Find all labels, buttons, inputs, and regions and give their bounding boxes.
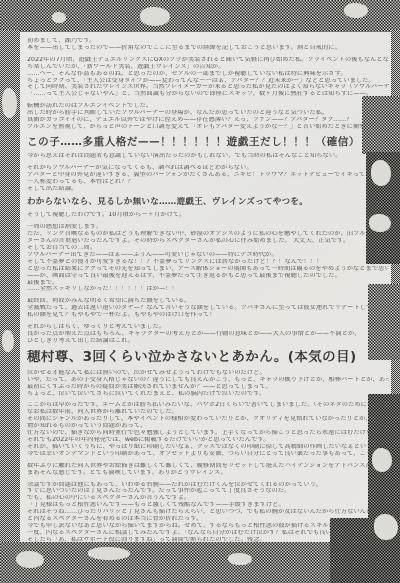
text-line: そして出た結論。 xyxy=(27,186,389,193)
text-line: 最初にくすぶった時からの疑問が実は解決されていませんが？——と思ってしまって。 xyxy=(27,384,389,391)
text-line: でも、私の心の中にいるスペクターさんが言うんですよ。 xyxy=(27,495,389,502)
paragraph-thinking: それからしばらく、ゆっくりと考えていました。良かった点が増えた点はもちろん、キャ… xyxy=(27,324,389,345)
text-line: なお私は数年前、同人世界から離れていたのでした。 xyxy=(27,409,389,416)
text-line: この子……多重人格だ——！！！！！！遊戯王だし！！！（確信） xyxy=(27,136,389,148)
text-line: わからないなら、見るしか無いな……遊戯王、ヴレインズってやつを。 xyxy=(27,197,389,207)
text-line: それはそうね……ぴったりパリッと了見さんも描けたらえらい、と思いつつ、でも私の腕… xyxy=(27,509,389,516)
headline-homura-takeru: 穂村尊、3回くらい泣かさないとあかん。(本気の目) xyxy=(27,350,389,365)
scan-artifact-blob xyxy=(371,160,391,186)
text-line: 「……って主人公じゃないやん」と、当然面識も分からないので即座にスキップ。数ヶ月… xyxy=(27,91,389,98)
text-line: 一周の感想は割愛します。 xyxy=(27,224,389,231)
text-line: そして同時期、実装されたヴレインズ世界。当然プレイメーカーが来ると思った私が見た… xyxy=(27,84,389,91)
text-line: 今では幸いオンデマンドという印刷があって、オフセットよりも安価、つらい自分にとっ… xyxy=(27,451,389,458)
text-line: 泣かせる才能なんて私には無いので、泣かせてみせようってわけでもないのだけど。 xyxy=(27,370,389,377)
text-line: アバターと中身の外見が違いすぎる、翼型のパーフォンがたくさんある、ニキビ！トラウ… xyxy=(27,172,389,179)
text-line: そして不霊夢との漫才が可愛すぎるな！！？不霊夢ってリンクスには居なかったけど！？… xyxy=(27,259,389,266)
scan-artifact-blob xyxy=(2,330,14,352)
scan-artifact-blob xyxy=(372,448,392,472)
paragraph-thanks: 数年ぶりに触れた同人世界やお絵描きは難しくて難しくて、履修期間をリセットして堪え… xyxy=(27,463,389,477)
text-line: その間にジャンルがあったりして、本やイベントの様相が変わっていたりとか、クオリテ… xyxy=(27,416,389,423)
text-line: ちょっと、泣いて泣いてさらに泣いてくれたまえと、私の脳内だけで泣いたのです。 xyxy=(27,391,389,398)
text-line: それでも2022年の年内発売では、webに掲載するだけでいいかと思っていたんです… xyxy=(27,437,389,444)
scan-artifact-blob xyxy=(228,553,252,565)
scan-artifact-blob xyxy=(344,3,368,18)
text-line: 真顔がカッコイイのに、デュエル以外ではやけに控えめ——存在感薄い？えっ、ファン—… xyxy=(27,117,389,124)
scan-artifact-blob xyxy=(88,547,130,560)
text-line: 数年ぶりに触れた同人世界やお絵描きは難しくて難しくて、履修期間をリセットして堪え… xyxy=(27,463,389,470)
text-line: 一人称変わってるも、本性はどれ？？ xyxy=(27,179,389,186)
scan-artifact-blob xyxy=(16,551,44,568)
text-line: まあそんな感じです。とても満喫しています。ありがとうヴレインズ。 xyxy=(27,470,389,477)
text-line: と思った私は結果にググってその先を知ってしまい、アース解体ショーの展開もあって一… xyxy=(27,266,389,273)
intro-paragraph: 初めまして、湖乃です。本を——出してしまったので——折角なのでここに至るまでの経… xyxy=(27,38,389,52)
text-line: それからしばらく、ゆっくりと考えていました。 xyxy=(27,324,389,331)
text-line: すぐに思いついたのは了見さんだったんです。だって事件が起こってて丁度良さそうなの… xyxy=(27,488,389,495)
text-line: 余談ですが問題は他にもあって、いわゆる右腕——だれがはむたけくんを泣かせてくれる… xyxy=(27,482,389,489)
text-line: 全滅戦だって、過去は遠い遠いのダナ—？なんて言いそうな顔をしている。ツバキさんに… xyxy=(27,305,389,312)
text-line: 転機が訪れたのはブルエンイベントでした。 xyxy=(27,103,389,110)
text-line: 「了見様はもっと根性悪いんです——もっと激しくて残酷なんです——手緩すぎますけど… xyxy=(27,502,389,509)
paragraph-aside: 今から思えばそれは問題者も意識していない演出だったのかもしれない、でも当時の私は… xyxy=(27,153,389,160)
text-line: 最終回、何故かみんな明るく希望に満ちた顔をしている。 xyxy=(27,298,389,305)
paragraph-making: ここからは早かったです。ネームとかは勝ち払いみたいな、パワポ2日くらいで書いてし… xyxy=(27,402,389,457)
paragraph-first-watch: 一周の感想は割愛します。ただ、リンク召喚なるものが私はどうも理解できない中、砂漠… xyxy=(27,224,389,293)
text-line: 仕方ないので、描きながら同時並行で色々勉強しようとしています。上手くなってから描… xyxy=(27,430,389,437)
scan-artifact-blob xyxy=(374,514,398,540)
text-line: 私の顔を見て？もやもやで一杯だよ。もやもやのはけ口を作って！ xyxy=(27,312,389,319)
scan-artifact-blob xyxy=(52,12,66,23)
scanned-afterword-page: { "colors":{ "paper":"#e9e7e2", "ink":"#… xyxy=(0,0,400,583)
text-line: そうして視聴したわけです。10月頃から〜ヶ月かけて。 xyxy=(27,212,389,219)
text-line: 最後まで。 xyxy=(27,280,389,287)
text-line: 情が知れるものかっていう問題があって、 xyxy=(27,423,389,430)
text-line: ブルエンを無視して、がらっと声のトーンと口調を変えて「オレもアバター変えようかな… xyxy=(27,124,389,131)
paragraph-reason: 泣かせる才能なんて私には無いので、泣かせてみせようってわけでもないのだけど。いや… xyxy=(27,370,389,398)
scan-artifact-blob xyxy=(369,214,391,232)
text-line: それが、描いていくうちに、やっぱり紙に印刷したいなぁ、グッズではなくの印刷に捺し… xyxy=(27,444,389,451)
text-line: 2022年の7月頃、遊戯王デュエルリンクスにGXのソラが実装されると聞いて気軽に… xyxy=(27,57,389,64)
text-line: ……ヘー、そんな作品もあるのね。と思ったのが、ゼアルの一部までしか視聴していない… xyxy=(27,71,389,78)
text-line: 本を——出してしまったので——折角なのでここに至るまでの経緯を記しておこうと思い… xyxy=(27,45,389,52)
headline-multiple-personality: この子……多重人格だ——！！！！！！遊戯王だし！！！（確信） xyxy=(27,136,389,148)
halftone-noise-right-patch-1 xyxy=(362,96,400,154)
headline-watch-vrains: わからないなら、見るしか無いな……遊戯王、ヴレインズってやつを。 xyxy=(27,197,389,207)
text-line: 初めまして、湖乃です。 xyxy=(27,38,389,45)
text-line: ただ、リンク召喚なるものが私はどうも理解できない中、砂漠のオアシスのように私の心… xyxy=(27,231,389,238)
paragraph-finale: 最終回、何故かみんな明るく希望に満ちた顔をしている。全滅戦だって、過去は遠い遠い… xyxy=(27,298,389,319)
text-line: ターさんの言葉遣いだったんですよ。その時からスペクターさんが私の心に住み始めまし… xyxy=(27,238,389,245)
text-line: そしてお目当ての二周。 xyxy=(27,245,389,252)
text-line: 出した時から勝手に判断していたソウルバーナーの登場が、なんだか思っていたのと違う… xyxy=(27,110,389,117)
paragraph-research: それからソウルバーナーが気になってくるも、調べれば調べるほどわからない。アバター… xyxy=(27,165,389,193)
scan-artifact-blob xyxy=(140,7,170,26)
text-line: それからソウルバーナーが気になってくるも、調べれば調べるほどわからない。 xyxy=(27,165,389,172)
halftone-noise-right-patch-3 xyxy=(368,284,400,360)
text-line: ……全然スッキリしなかった！！！！！！ばか—！！ xyxy=(27,286,389,293)
text-line: 今から思えばそれは問題者も意識していない演出だったのかもしれない、でも当時の私は… xyxy=(27,153,389,160)
text-line: いや、だって、あの子受身人格じゃないの？違うにしても良えんかこう、もっと、キャラ… xyxy=(27,377,389,384)
text-column: 初めまして、湖乃です。本を——出してしまったので——折角なのでここに至るまでの経… xyxy=(27,38,389,567)
text-line: ソウルバーナー出てきた——ぱぁ——ふうん——可愛いじゃないの——特にデコ時代が。 xyxy=(27,252,389,259)
text-line: 穂村尊、3回くらい泣かさないとあかん。(本気の目) xyxy=(27,350,389,365)
paragraph-turning-point: 転機が訪れたのはブルエンイベントでした。出した時から勝手に判断していたソウルバー… xyxy=(27,103,389,131)
paragraph-duel-links: 2022年の7月頃、遊戯王デュエルリンクスにGXのソラが実装されると聞いて気軽に… xyxy=(27,57,389,98)
scan-artifact-blob xyxy=(2,88,17,118)
text-line: ——が、画面は守って良い最後を迎えるはず、不霊夢だって生き返るかもと思って最後ま… xyxy=(27,273,389,280)
paragraph-watched: そうして視聴したわけです。10月頃から〜ヶ月かけて。 xyxy=(27,212,389,219)
text-line: ひとしきり考えて出した結論はこれ。 xyxy=(27,338,389,345)
text-line: ちょっとググって、「主人公は受身タイプか——変わってんな〜〜はぁ、アバター？？近… xyxy=(27,78,389,85)
text-line: ここからは早かったです。ネームとかは勝ち払いみたいな、パワポ2日くらいで書いてし… xyxy=(27,402,389,409)
text-line: ち楽しんでいたが、「新ワールド実装、遊戯王ヴレインズ」の告知が。 xyxy=(27,64,389,71)
text-line: 良かった点が増えた点はもちろん、キャラクターの考え方とか——行動の意味とか——大… xyxy=(27,331,389,338)
